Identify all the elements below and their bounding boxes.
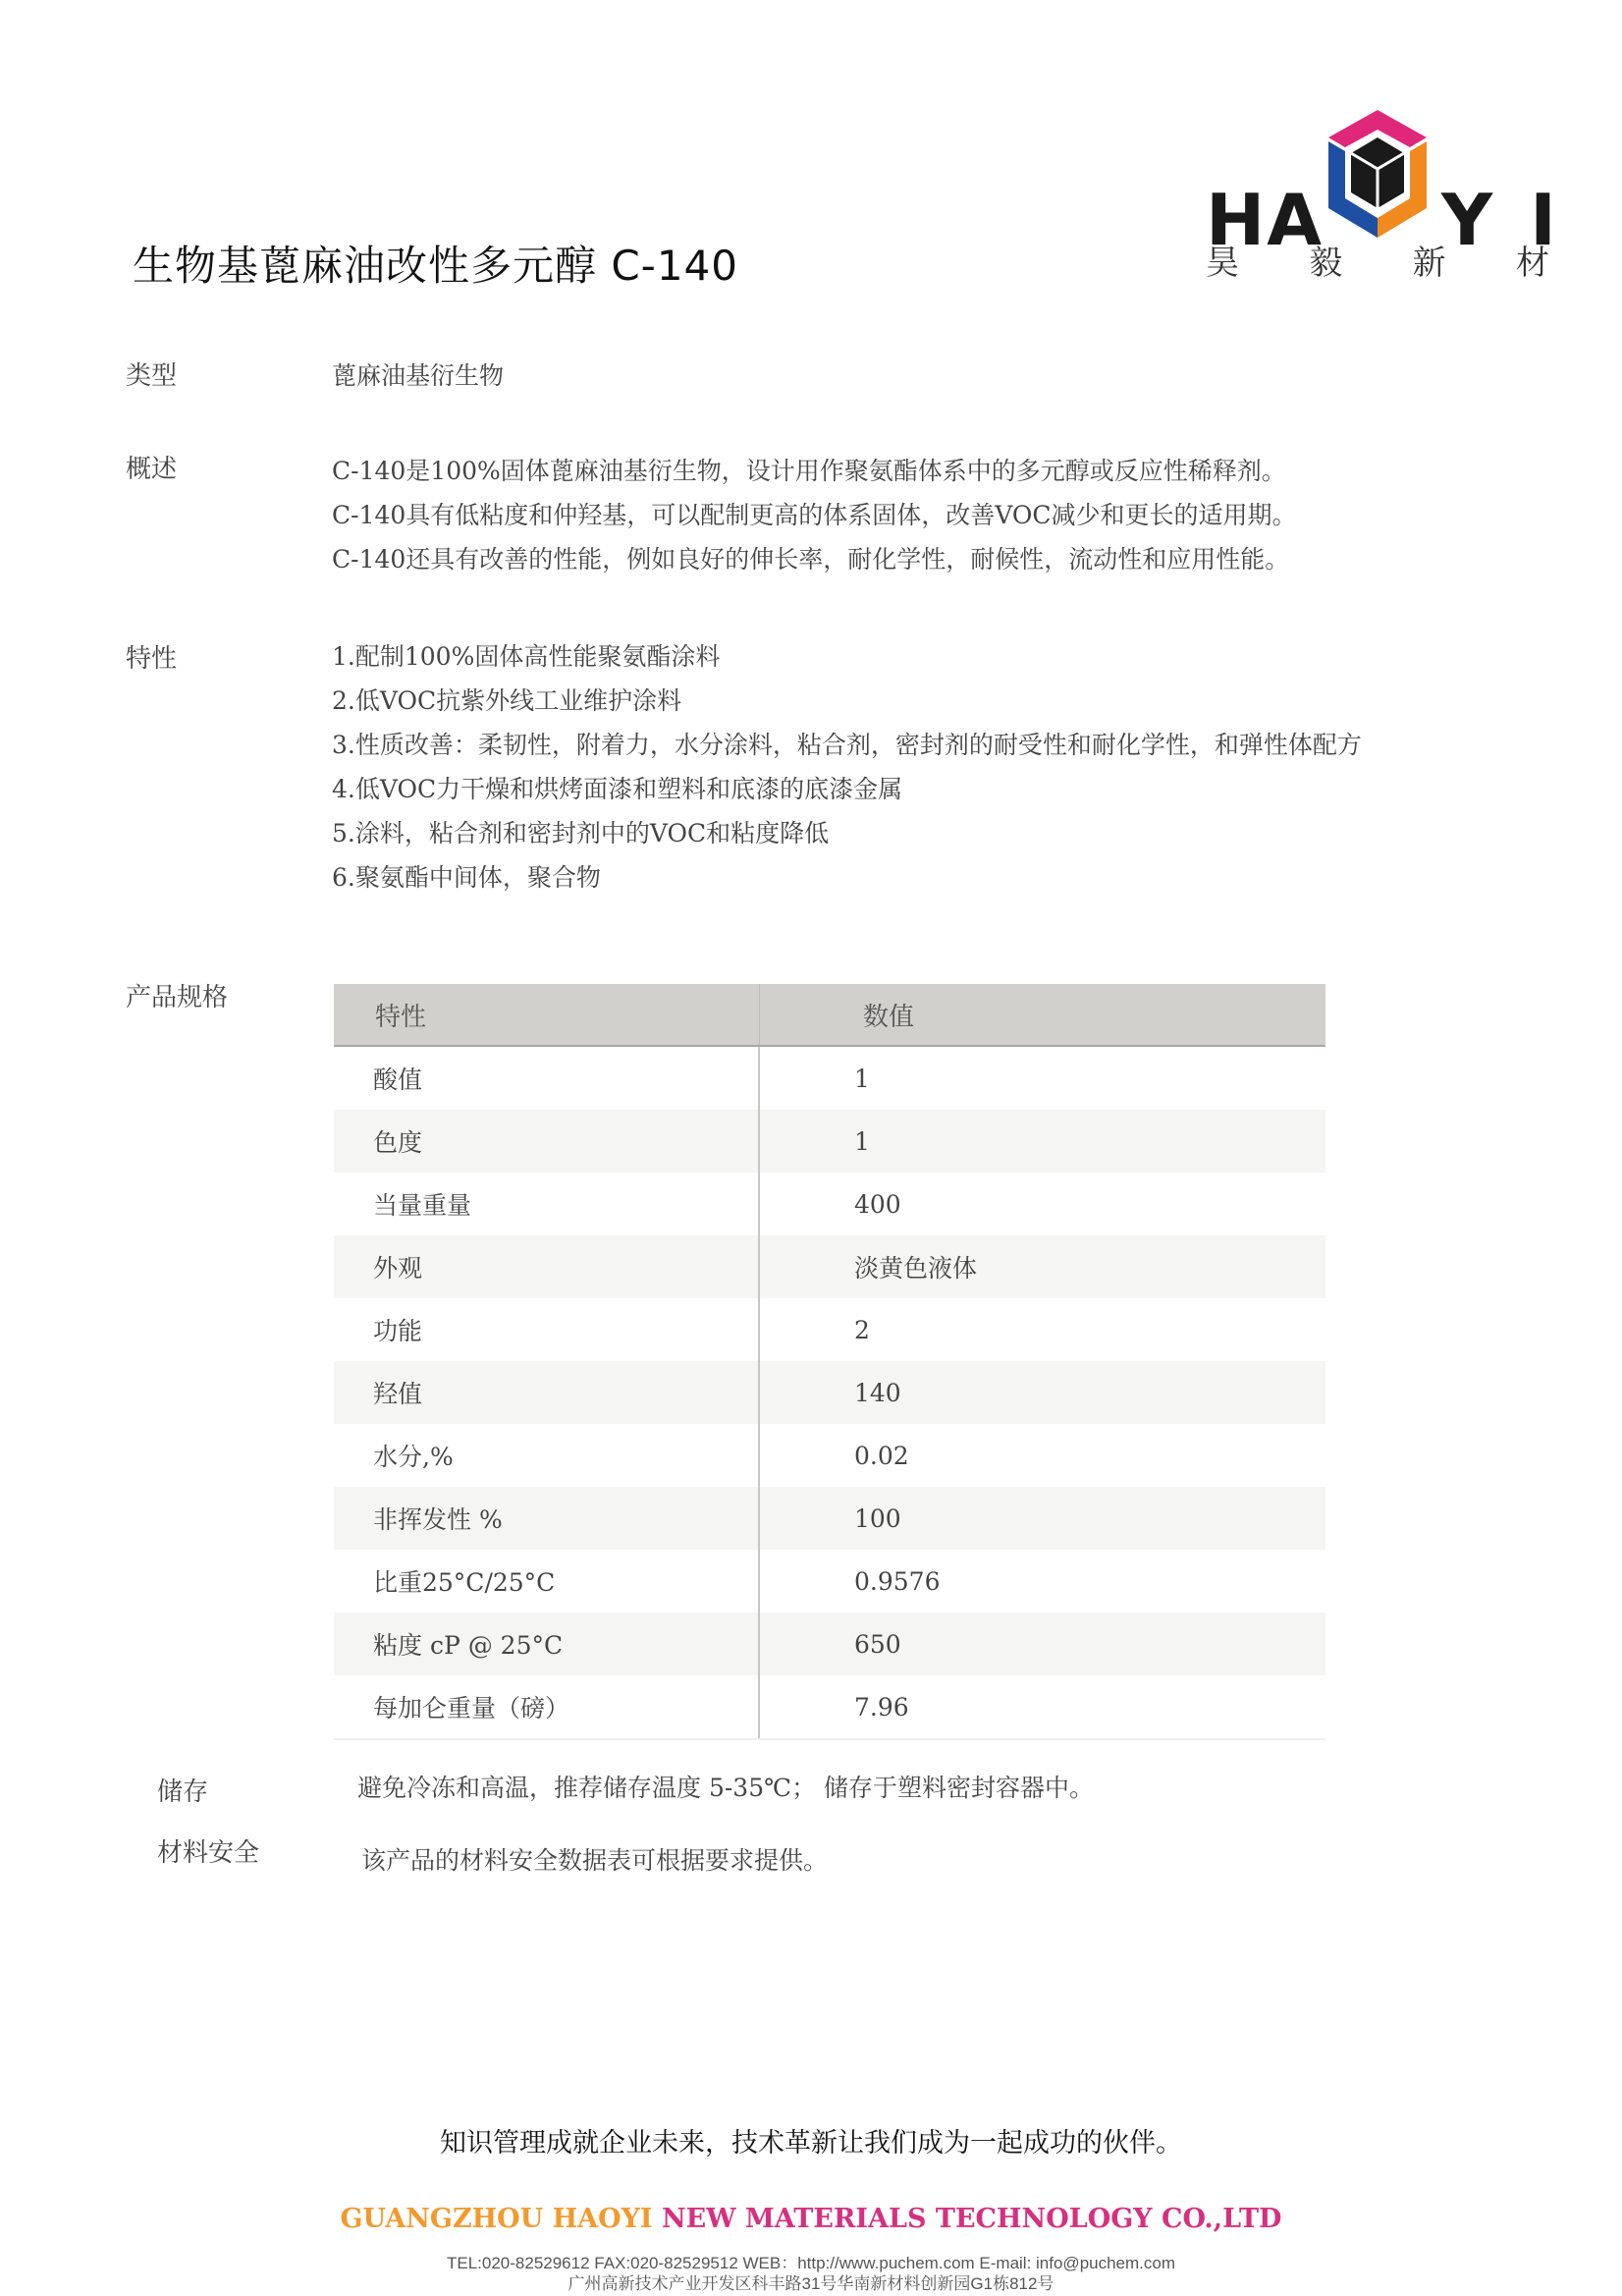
- cell-property: 色度: [334, 1110, 760, 1173]
- table-row: 功能 2: [334, 1298, 1325, 1361]
- cell-property: 每加仑重量（磅）: [334, 1675, 760, 1738]
- cell-value: 淡黄色液体: [760, 1249, 977, 1285]
- table-header: 特性 数值: [334, 984, 1325, 1047]
- logo-chinese-name: 昊 毅 新 材: [1206, 236, 1549, 284]
- features-label: 特性: [126, 638, 177, 675]
- cell-property: 粘度 cP @ 25°C: [334, 1613, 760, 1675]
- feature-item: 3.性质改善：柔韧性，附着力，水分涂料，粘合剂，密封剂的耐受性和耐化学性，和弹性…: [332, 723, 1362, 767]
- table-row: 每加仑重量（磅） 7.96: [334, 1675, 1325, 1740]
- overview-line: C-140是100%固体蓖麻油基衍生物，设计用作聚氨酯体系中的多元醇或反应性稀释…: [332, 449, 1297, 493]
- cell-property: 功能: [334, 1298, 760, 1361]
- feature-item: 6.聚氨酯中间体，聚合物: [332, 855, 1362, 900]
- safety-value: 该产品的材料安全数据表可根据要求提供。: [361, 1838, 828, 1883]
- cell-property: 非挥发性 %: [334, 1487, 760, 1550]
- specs-label: 产品规格: [126, 977, 228, 1013]
- table-row: 水分,% 0.02: [334, 1424, 1325, 1487]
- cell-property: 当量重量: [334, 1173, 760, 1235]
- cell-property: 酸值: [334, 1047, 760, 1110]
- table-row: 酸值 1: [334, 1047, 1325, 1110]
- overview-text: C-140是100%固体蓖麻油基衍生物，设计用作聚氨酯体系中的多元醇或反应性稀释…: [332, 449, 1297, 581]
- cell-value: 0.02: [760, 1442, 909, 1470]
- cell-value: 2: [760, 1316, 870, 1344]
- overview-label: 概述: [126, 449, 177, 485]
- table-row: 粘度 cP @ 25°C 650: [334, 1613, 1325, 1675]
- cell-value: 7.96: [760, 1693, 909, 1722]
- overview-line: C-140还具有改善的性能，例如良好的伸长率，耐化学性，耐候性，流动性和应用性能…: [332, 537, 1297, 581]
- table-row: 比重25°C/25°C 0.9576: [334, 1550, 1325, 1613]
- company-name-part1: GUANGZHOU HAOYI: [341, 2204, 662, 2234]
- logo-char: 昊: [1206, 236, 1239, 284]
- footer-company-name: GUANGZHOU HAOYI NEW MATERIALS TECHNOLOGY…: [0, 2204, 1622, 2234]
- storage-label: 储存: [157, 1772, 208, 1808]
- specs-table: 特性 数值 酸值 1 色度 1 当量重量 400 外观 淡黄色液体 功能 2 羟…: [334, 984, 1325, 1740]
- cell-value: 650: [760, 1630, 901, 1659]
- footer-address: 广州高新技术产业开发区科丰路31号华南新材料创新园G1栋812号: [0, 2269, 1622, 2294]
- table-row: 非挥发性 % 100: [334, 1487, 1325, 1550]
- cell-value: 1: [760, 1065, 870, 1093]
- feature-item: 5.涂料，粘合剂和密封剂中的VOC和粘度降低: [332, 811, 1362, 855]
- cell-property: 比重25°C/25°C: [334, 1550, 760, 1613]
- features-list: 1.配制100%固体高性能聚氨酯涂料 2.低VOC抗紫外线工业维护涂料 3.性质…: [332, 634, 1362, 900]
- table-row: 色度 1: [334, 1110, 1325, 1173]
- header-value: 数值: [760, 984, 914, 1045]
- cell-property: 羟值: [334, 1361, 760, 1424]
- feature-item: 2.低VOC抗紫外线工业维护涂料: [332, 679, 1362, 723]
- company-name-part2: NEW MATERIALS TECHNOLOGY CO.,LTD: [662, 2204, 1282, 2234]
- feature-item: 4.低VOC力干燥和烘烤面漆和塑料和底漆的底漆金属: [332, 767, 1362, 811]
- storage-value: 避免冷冻和高温，推荐储存温度 5-35℃； 储存于塑料密封容器中。: [357, 1766, 1094, 1810]
- type-label: 类型: [126, 355, 177, 392]
- type-value: 蓖麻油基衍生物: [332, 354, 504, 398]
- logo-char: 新: [1413, 236, 1446, 284]
- logo-char: 毅: [1309, 236, 1342, 284]
- footer-slogan: 知识管理成就企业未来，技术革新让我们成为一起成功的伙伴。: [0, 2121, 1622, 2159]
- cell-value: 400: [760, 1190, 901, 1219]
- page-title: 生物基蓖麻油改性多元醇 C-140: [133, 234, 738, 293]
- overview-line: C-140具有低粘度和仲羟基，可以配制更高的体系固体，改善VOC减少和更长的适用…: [332, 493, 1297, 537]
- company-logo: HA YI 昊 毅 新 材: [1206, 110, 1549, 277]
- table-row: 羟值 140: [334, 1361, 1325, 1424]
- logo-char: 材: [1516, 236, 1549, 284]
- cell-value: 0.9576: [760, 1567, 940, 1596]
- feature-item: 1.配制100%固体高性能聚氨酯涂料: [332, 634, 1362, 679]
- cube-logo-icon: [1324, 110, 1432, 238]
- table-row: 当量重量 400: [334, 1173, 1325, 1235]
- cell-property: 水分,%: [334, 1424, 760, 1487]
- header-property: 特性: [334, 984, 760, 1045]
- table-row: 外观 淡黄色液体: [334, 1235, 1325, 1298]
- cell-property: 外观: [334, 1235, 760, 1298]
- safety-label: 材料安全: [157, 1832, 259, 1869]
- cell-value: 100: [760, 1504, 901, 1533]
- cell-value: 140: [760, 1379, 901, 1407]
- cell-value: 1: [760, 1127, 870, 1156]
